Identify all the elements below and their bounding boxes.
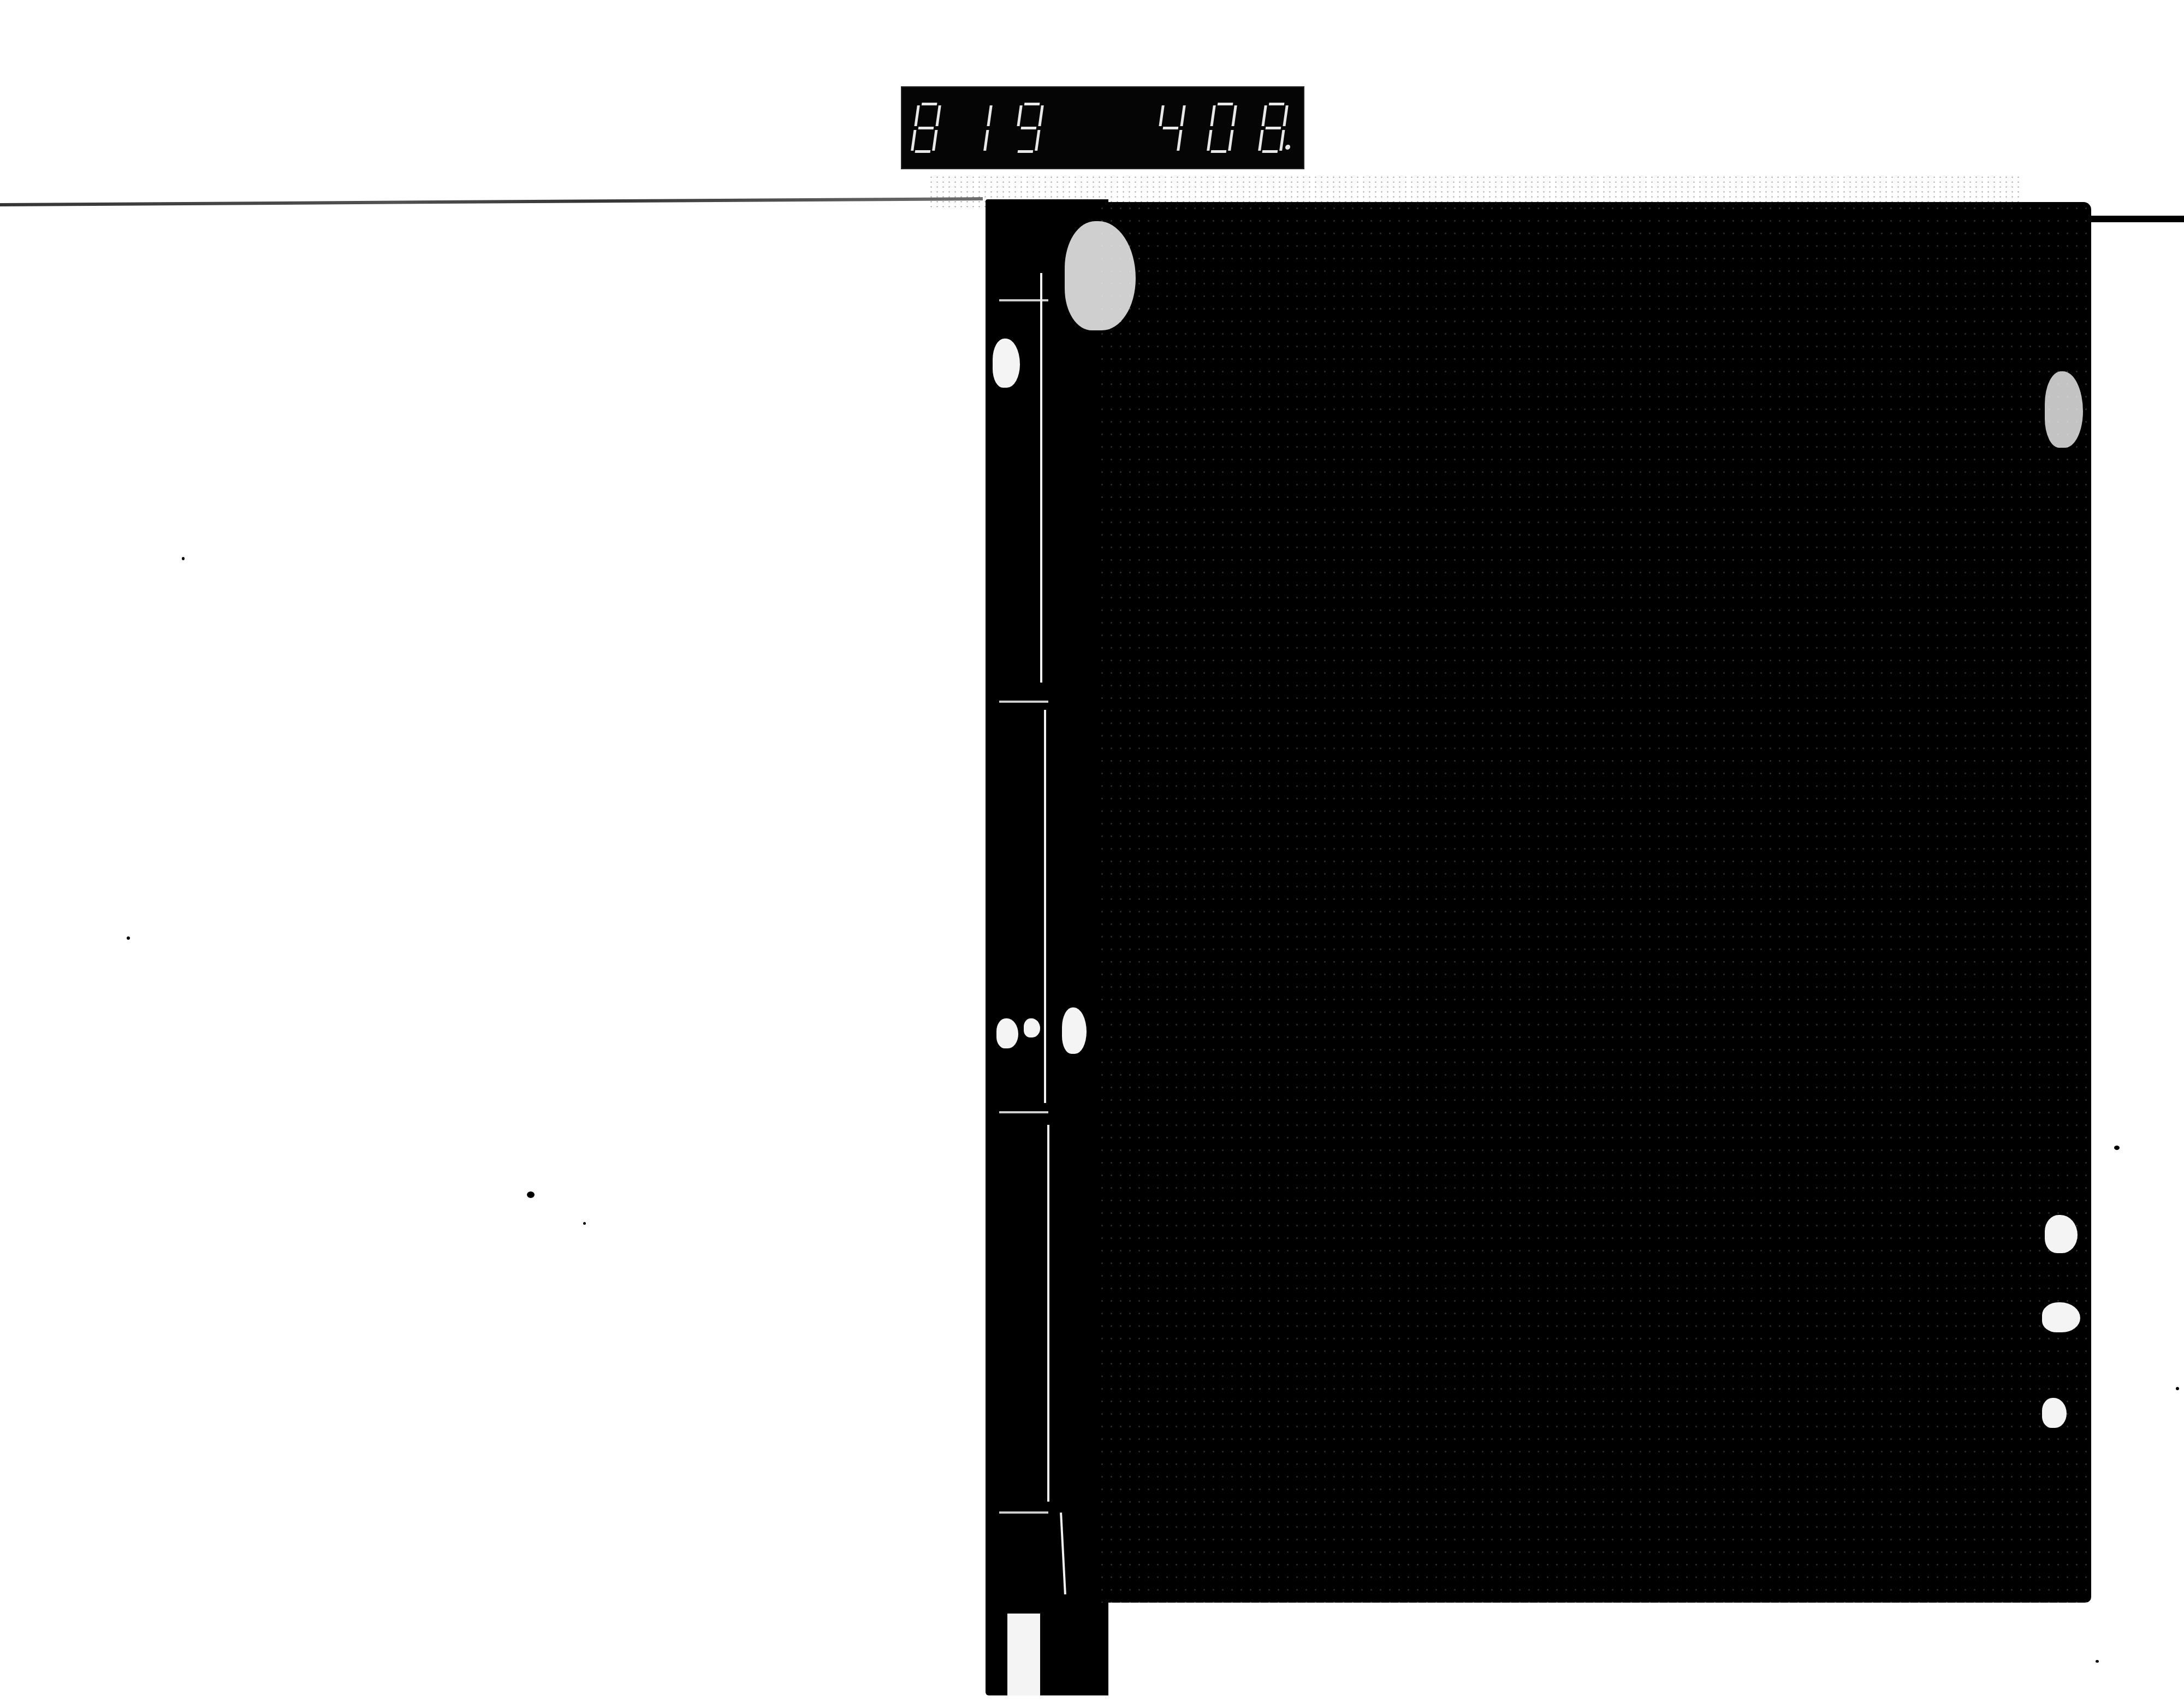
segment-c — [983, 130, 989, 151]
segment-d — [1018, 150, 1034, 153]
dust-speck — [2096, 1660, 2099, 1663]
segment-f — [1017, 105, 1022, 126]
binding-stitch-cross — [999, 1511, 1048, 1514]
dust-speck — [527, 1191, 535, 1198]
dust-speck — [2114, 1146, 2120, 1150]
binding-thread — [1040, 273, 1042, 683]
segment-a — [1218, 103, 1233, 105]
cover-wear-patch — [2042, 1302, 2080, 1332]
segment-a — [1024, 103, 1040, 105]
dust-speck — [182, 557, 185, 560]
spine-wear-patch — [1024, 1018, 1040, 1037]
segment-f — [1261, 105, 1267, 126]
dust-speck — [583, 1222, 586, 1225]
seven-segment-digit — [1258, 103, 1289, 153]
seven-segment-digit — [1207, 103, 1238, 153]
segment-b — [935, 105, 941, 126]
scan-canvas — [0, 0, 2184, 1702]
dust-speck — [127, 936, 130, 940]
segment-e — [1258, 130, 1263, 151]
seven-segment-digit — [911, 103, 942, 153]
cover-texture — [1097, 202, 2091, 1603]
segment-e — [1207, 130, 1212, 151]
segment-c — [1035, 130, 1040, 151]
segment-b — [1180, 105, 1185, 126]
seven-segment-digit — [1155, 103, 1186, 153]
segment-d — [1211, 150, 1227, 153]
binding-thread — [1044, 710, 1046, 1103]
segment-b — [1038, 105, 1043, 126]
counter-right-group — [1159, 87, 1285, 168]
binding-stitch-cross — [999, 701, 1048, 703]
binding-thread — [1047, 1125, 1049, 1502]
segment-d — [1262, 150, 1278, 153]
dust-speck — [2176, 1387, 2179, 1390]
segment-g — [918, 127, 934, 129]
binding-stitch-cross — [999, 1111, 1048, 1113]
segment-e — [911, 130, 916, 151]
segment-f — [1159, 105, 1164, 126]
decimal-point — [1285, 145, 1290, 150]
cover-wear-patch — [2045, 371, 2083, 448]
segment-f — [1210, 105, 1215, 126]
segment-g — [1266, 127, 1281, 129]
segment-f — [914, 105, 919, 126]
seven-segment-digit — [1013, 103, 1044, 153]
spine-wear-patch — [993, 339, 1020, 388]
segment-b — [1283, 105, 1288, 126]
segment-c — [1279, 130, 1285, 151]
seven-segment-digit — [962, 103, 993, 153]
segment-g — [1163, 127, 1179, 129]
segment-c — [1228, 130, 1233, 151]
segment-d — [915, 150, 931, 153]
counter-left-group — [914, 87, 1041, 168]
cover-wear-patch — [2045, 1215, 2078, 1253]
segment-a — [1269, 103, 1285, 105]
segment-a — [922, 103, 937, 105]
segment-b — [1231, 105, 1237, 126]
segment-g — [1021, 127, 1037, 129]
segment-c — [1177, 130, 1182, 151]
scanner-bed-edge-right — [2080, 216, 2184, 222]
scanner-bed-edge-left — [0, 197, 983, 206]
cover-wear-patch — [1062, 1007, 1087, 1054]
segment-c — [932, 130, 937, 151]
frame-counter-display — [902, 87, 1303, 168]
binding-stitch-cross — [999, 299, 1048, 301]
cover-wear-patch — [2042, 1398, 2067, 1428]
spine-tail-gap — [1007, 1614, 1040, 1695]
spine-wear-patch — [996, 1018, 1018, 1048]
book-cover — [1097, 202, 2091, 1603]
segment-b — [987, 105, 992, 126]
